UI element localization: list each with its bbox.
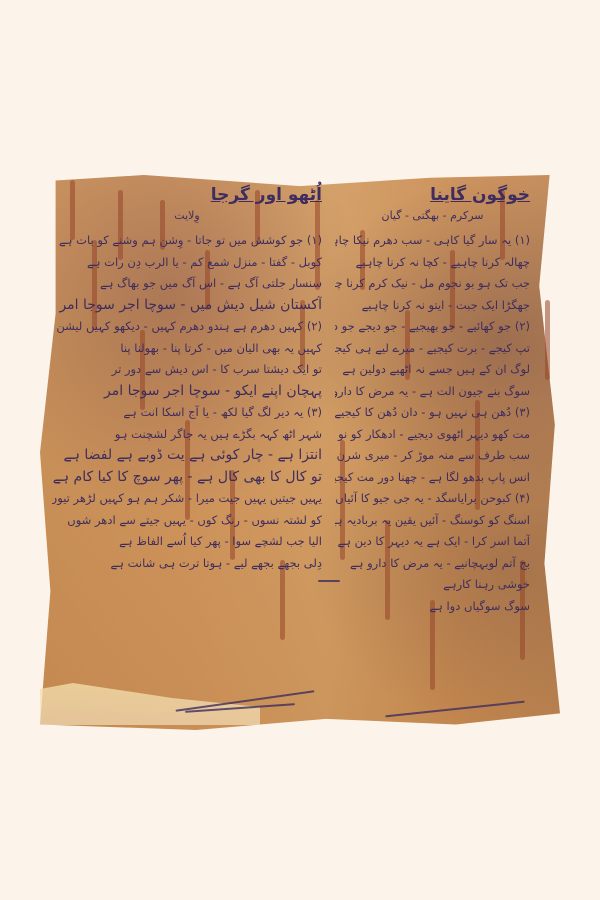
- left-line: تو کال کا بھی کال ہے - پھر سوچ کا کیا کا…: [52, 467, 322, 489]
- left-line: یہیں جیتیں یہیں جیت میرا - شکر ہم ہو کہی…: [52, 488, 322, 510]
- left-column-title: اُٹھو اور گرجا: [52, 185, 322, 205]
- right-line: جب تک ہو بو نجوم مل - نیک کرم کرنا چاہیے: [335, 273, 530, 295]
- left-line: انتزا ہے - چار کوئی ہے یت ڈوبے ہے لفضا ہ…: [52, 445, 322, 467]
- left-line: الیا جب لشچے سوا - پھر کیا اُسے الفاظ ہے: [52, 531, 322, 553]
- right-line: (۳) دُھن ہی نہیں ہو - دان دُھن کا کیجیے: [335, 402, 530, 424]
- right-column-title: خوگون گاینا: [335, 185, 530, 205]
- right-line: (۲) جو کھائیے - جو بھیجیے - جو دیجے جو د…: [335, 316, 530, 338]
- right-line: آتما اسر کرا - ایک ہے یہ دیہر کا دین ہے: [335, 531, 530, 553]
- right-line: (۴) کبوحن برایاسگد - یہ جی جیو کا آئیاں …: [335, 488, 530, 510]
- right-column-subtitle: سرکرم - بھگتی - گیان: [335, 209, 530, 222]
- left-line: کوبل - گفتا - منزل شمع کم - یا الرب دِن …: [52, 252, 322, 274]
- left-line: کہیں یہ بھی الیان میں - کرتا پنا - بھولن…: [52, 338, 322, 360]
- left-line: تو ایک دیشتا سرب کا - اس دیش سے دور تر: [52, 359, 322, 381]
- right-line: خوشی رہنا کارہے: [335, 574, 530, 596]
- right-column: خوگون گاینا سرکرم - بھگتی - گیان (۱) یہ …: [335, 185, 530, 617]
- left-line: کو لشتہ نسوں - رنگ کوں - یہیں جیتے سے اد…: [52, 510, 322, 532]
- left-line: آکستان شیل دیش میں - سوچا اجر سوجا امر: [52, 295, 322, 317]
- right-line: لوگ ان کے ہیں جسے نہ اٹھیے دولین ہے: [335, 359, 530, 381]
- left-line: (۱) جو کوشش میں تو جاتا - وِشن ہم وشنے ک…: [52, 230, 322, 252]
- right-line: انس پاپ بدھو لگا ہے - چھنا دور مت کیجیے: [335, 467, 530, 489]
- divider-mark: [318, 580, 340, 582]
- right-line: جھگڑا ایک جبت - ایتو نہ کرنا چاہیے: [335, 295, 530, 317]
- left-line: دِلی بجھے بجھے لیے - ہوتا ترت ہی شانت ہے: [52, 553, 322, 575]
- right-line: سب طرف سے منہ موڑ کر - میری شرن لے لیجیے: [335, 445, 530, 467]
- right-line: تپ کیجے - برت کیجیے - میرے لیے ہی کیجیے: [335, 338, 530, 360]
- right-line: مت کھو دیہر اٹھوی دیجیے - ادھکار کو نو د…: [335, 424, 530, 446]
- left-column-subtitle: وِلایت: [52, 209, 322, 222]
- right-line: (۱) یہ سار گیا کاہی - سب دھرم نیکا چاہیے: [335, 230, 530, 252]
- left-line: (۳) یہ دیر لگ گیا لکھ - یا آج اسکا انت ہ…: [52, 402, 322, 424]
- right-line: بج آتم لوبہچانیے - یہ مرض کا دارو ہے: [335, 553, 530, 575]
- left-column: اُٹھو اور گرجا وِلایت (۱) جو کوشش میں تو…: [52, 185, 322, 574]
- left-line: سنسار جلتی آگ ہے - اس آگ میں جو بھاگ ہے: [52, 273, 322, 295]
- right-line: چھالہ کرنا چاہیے - کچا نہ کرنا چاہیے: [335, 252, 530, 274]
- left-line: (۲) کہیں دھرم ہے ہندو دھرم کہیں - دیکھو …: [52, 316, 322, 338]
- right-line: سوگ سوگیاں دوا ہے: [335, 596, 530, 618]
- right-line: اسنگ کو کوسنگ - آئیں یقین یہ بربادیہ ہے: [335, 510, 530, 532]
- left-line: شہر اٹھ کہہ بگڑے ہیں یہ جاگر لشچنت ہو: [52, 424, 322, 446]
- right-line: سوگ بنے جیون الت ہے - یہ مرض کا دارو ہے: [335, 381, 530, 403]
- left-line: پہچان اپنے ایکو - سوچا اجر سوجا امر: [52, 381, 322, 403]
